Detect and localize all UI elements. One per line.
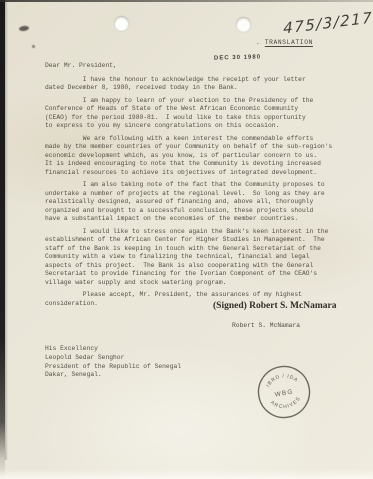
punch-hole-right [236,17,251,32]
translation-heading: . TRANSLATION [256,39,313,46]
recipient-line: President of the Republic of Senegal [45,363,181,372]
scan-edge-bottom [0,469,373,479]
archives-stamp-top-text: IBRD / IDA [264,371,300,389]
salutation: Dear Mr. President, [45,62,332,71]
letter-paragraph: I am happy to learn of your election to … [45,97,332,131]
archives-stamp: IBRD / IDA WBG ARCHIVES [249,357,319,427]
archives-stamp-middle-text: WBG [274,388,294,398]
letter-paragraph: We are following with a keen interest th… [45,135,332,178]
handwritten-reference-number: 475/3/217 [283,8,373,37]
ink-smudge [19,25,30,31]
scan-edge-left-shadow [5,0,8,460]
letter-paragraph: I have the honour to acknowledge the rec… [45,76,332,93]
signed-stamp-line: (Signed) Robert S. McNamara [213,301,336,311]
translation-label: TRANSLATION [265,39,313,46]
letter-body: Dear Mr. President, I have the honour to… [45,62,332,312]
punch-hole-left [114,16,129,31]
letter-paragraph: I would like to stress once again the Ba… [45,228,332,288]
ink-dot [32,45,35,48]
letter-paragraph: I am also taking note of the fact that t… [45,181,332,224]
recipient-address-block: His Excellency Leopold Sedar Senghor Pre… [45,345,181,380]
recipient-line: Dakar, Senegal. [45,371,181,380]
recipient-line: Leopold Sedar Senghor [45,354,181,363]
typed-signature-name: Robert S. McNamara [232,322,300,329]
translation-prefix-dot: . [256,39,260,46]
scanned-letter-page: 475/3/217 . TRANSLATION DEC 30 1980 Dear… [0,0,373,479]
received-date-stamp: DEC 30 1980 [214,54,261,61]
recipient-line: His Excellency [45,345,181,354]
archives-stamp-bottom-text: ARCHIVES [268,395,303,413]
scan-edge-top [0,0,373,2]
